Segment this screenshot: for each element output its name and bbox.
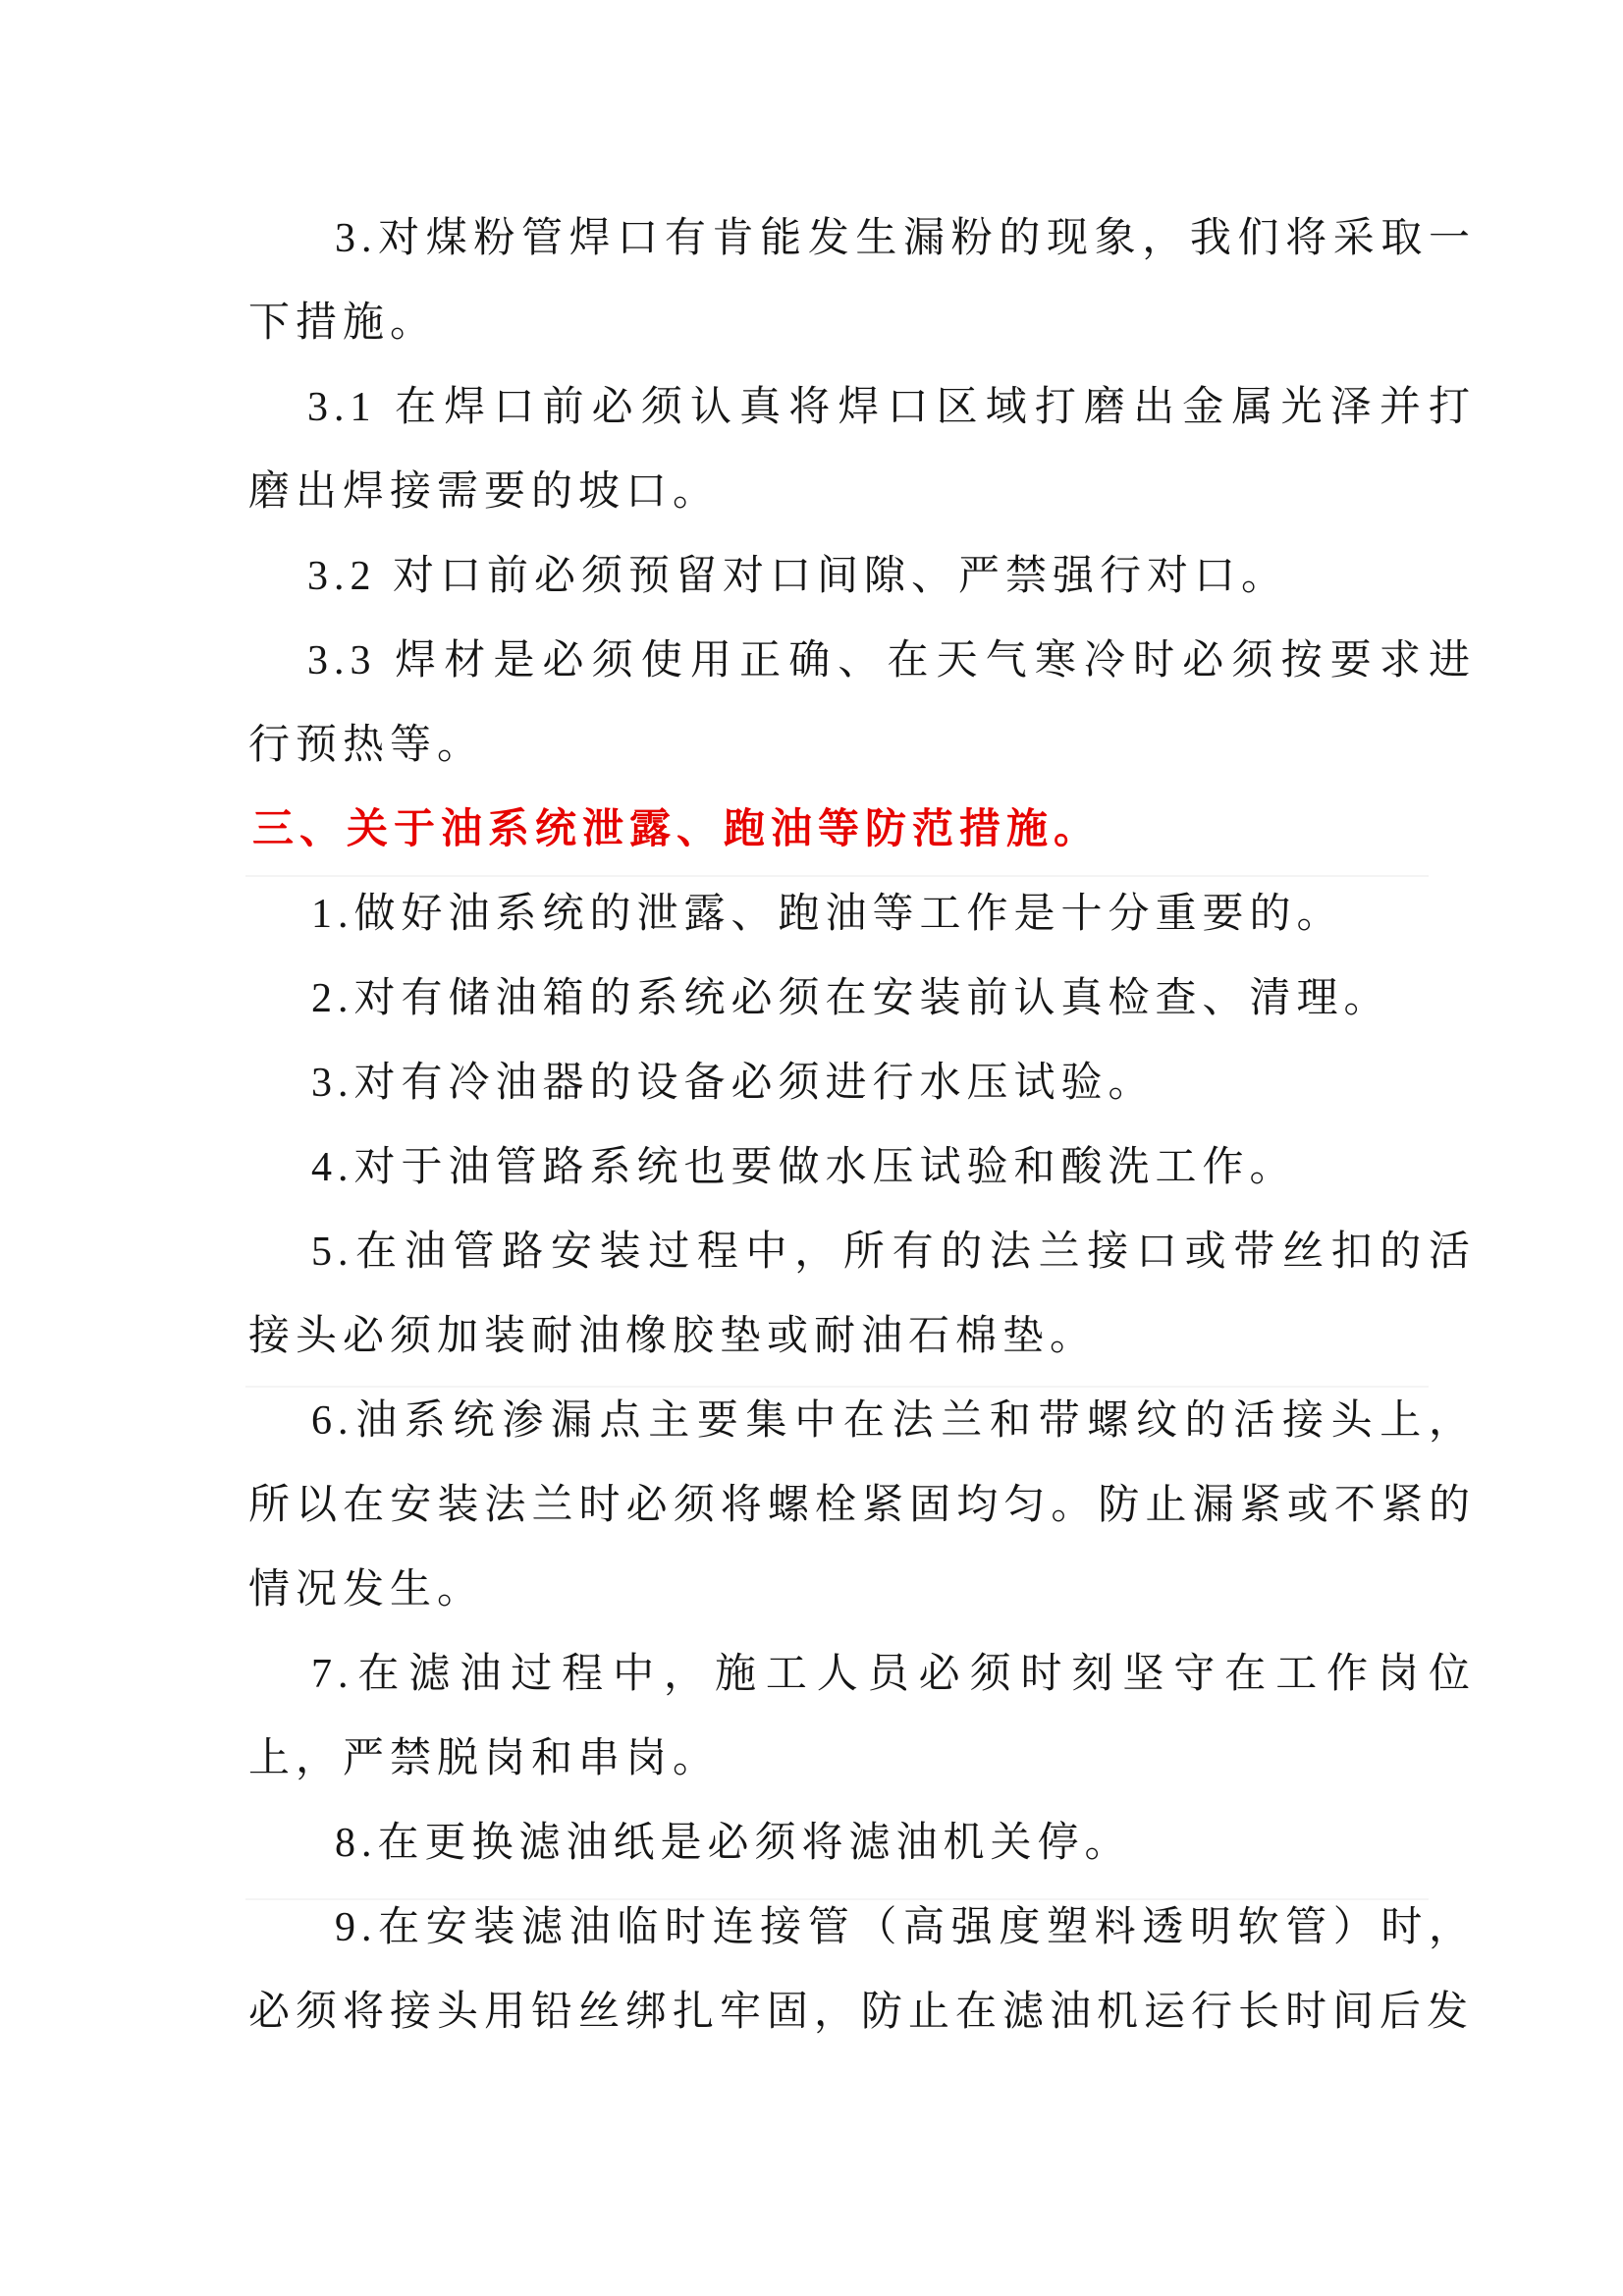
para-oil-item-5: 5.在油管路安装过程中，所有的法兰接口或带丝扣的活接头必须加装耐油橡胶垫或耐油石… bbox=[248, 1210, 1476, 1379]
para-clause-3-1: 3.1 在焊口前必须认真将焊口区域打磨出金属光泽并打磨出焊接需要的坡口。 bbox=[248, 365, 1476, 534]
para-oil-item-3: 3.对有冷油器的设备必须进行水压试验。 bbox=[248, 1041, 1476, 1125]
para-oil-item-1: 1.做好油系统的泄露、跑油等工作是十分重要的。 bbox=[248, 872, 1476, 957]
para-oil-item-4: 4.对于油管路系统也要做水压试验和酸洗工作。 bbox=[248, 1125, 1476, 1210]
document-page: 3.对煤粉管焊口有肯能发生漏粉的现象，我们将采取一下措施。 3.1 在焊口前必须… bbox=[0, 0, 1623, 2296]
para-oil-item-6: 6.油系统渗漏点主要集中在法兰和带螺纹的活接头上，所以在安装法兰时必须将螺栓紧固… bbox=[248, 1379, 1476, 1632]
para-clause-3-3: 3.3 焊材是必须使用正确、在天气寒冷时必须按要求进行预热等。 bbox=[248, 619, 1476, 788]
para-oil-item-2: 2.对有储油箱的系统必须在安装前认真检查、清理。 bbox=[248, 957, 1476, 1041]
para-oil-item-9: 9.在安装滤油临时连接管（高强度塑料透明软管）时，必须将接头用铅丝绑扎牢固，防止… bbox=[248, 1886, 1476, 2054]
document-text-block: 3.对煤粉管焊口有肯能发生漏粉的现象，我们将采取一下措施。 3.1 在焊口前必须… bbox=[248, 196, 1476, 2054]
section-heading-oil-system: 三、关于油系统泄露、跑油等防范措施。 bbox=[248, 788, 1476, 872]
para-oil-item-7: 7.在滤油过程中，施工人员必须时刻坚守在工作岗位上，严禁脱岗和串岗。 bbox=[248, 1632, 1476, 1801]
para-coal-dust-leak-measures: 3.对煤粉管焊口有肯能发生漏粉的现象，我们将采取一下措施。 bbox=[248, 196, 1476, 365]
para-oil-item-8: 8.在更换滤油纸是必须将滤油机关停。 bbox=[248, 1801, 1476, 1886]
para-clause-3-2: 3.2 对口前必须预留对口间隙、严禁强行对口。 bbox=[248, 534, 1476, 619]
